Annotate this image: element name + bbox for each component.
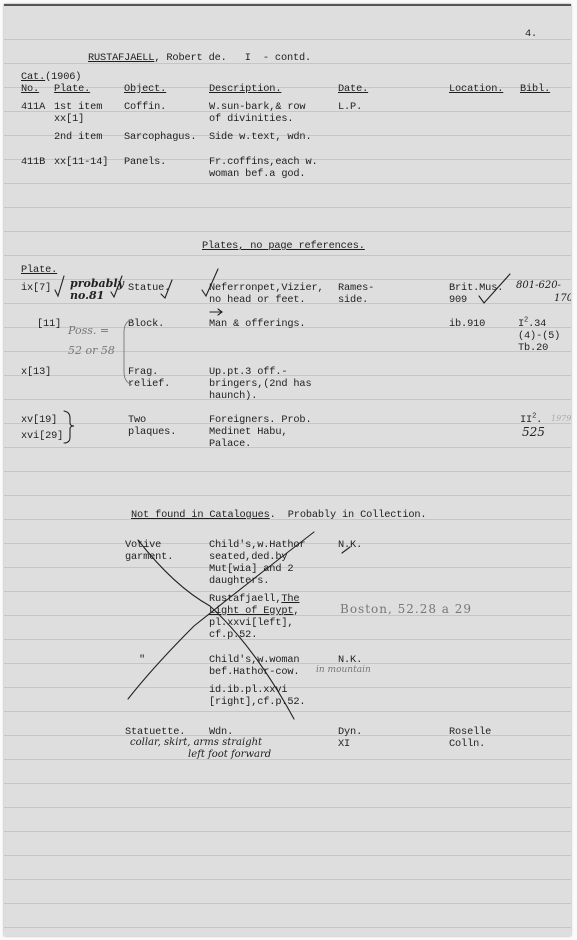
row-description: Man & offerings. bbox=[209, 318, 305, 330]
row-description: Child's,w.woman bbox=[209, 654, 299, 666]
row-description: Medinet Habu, bbox=[209, 426, 287, 438]
row-description: Rustafjaell,The bbox=[209, 593, 299, 605]
pencil-note: 1979 bbox=[551, 414, 571, 423]
row-date: N.K. bbox=[338, 539, 362, 551]
row-object: Frag. bbox=[128, 366, 158, 378]
row-no: 411A bbox=[21, 101, 45, 113]
handwritten-bibl: 170 bbox=[554, 293, 571, 304]
catalogue-label: Cat.(1906) bbox=[21, 71, 81, 83]
row-plate: xx[1] bbox=[54, 113, 84, 125]
handwritten-note: left foot forward bbox=[188, 749, 271, 760]
row-description: bringers,(2nd has bbox=[209, 378, 312, 390]
row-bibl: I2.34 bbox=[518, 318, 546, 330]
document-header: RUSTAFJAELL, Robert de. I - contd. bbox=[88, 52, 311, 64]
row-description: cf.p.52. bbox=[209, 629, 257, 641]
row-date: side. bbox=[338, 294, 368, 306]
row-bibl: Tb.20 bbox=[518, 342, 548, 354]
row-description: W.sun-bark,& row bbox=[209, 101, 305, 113]
row-date: Dyn. bbox=[338, 726, 362, 738]
page-number: 4. bbox=[525, 28, 537, 40]
row-location: Roselle bbox=[449, 726, 491, 738]
row-description: of divinities. bbox=[209, 113, 293, 125]
header-name: RUSTAFJAELL bbox=[88, 52, 154, 64]
row-description: pl.xxvi[left], bbox=[209, 617, 293, 629]
row-description: woman bef.a god. bbox=[209, 168, 305, 180]
row-date: Rames- bbox=[338, 282, 374, 294]
row-object: Two bbox=[128, 414, 146, 426]
row-plate: xvi[29] bbox=[21, 430, 63, 442]
row-description: no head or feet. bbox=[209, 294, 305, 306]
row-description: bef.Hathor-cow. bbox=[209, 666, 299, 678]
row-object: garment. bbox=[125, 551, 173, 563]
row-object: Block. bbox=[128, 318, 164, 330]
row-description: Neferronpet,Vizier, bbox=[209, 282, 324, 294]
col-description: Description. bbox=[209, 83, 281, 95]
handwritten-note: Boston, 52.28 a 29 bbox=[340, 602, 472, 616]
row-object: Panels. bbox=[124, 156, 166, 168]
row-date: XI bbox=[338, 738, 350, 750]
row-description: Palace. bbox=[209, 438, 251, 450]
row-description: daughters. bbox=[209, 575, 269, 587]
row-no: 411B bbox=[21, 156, 45, 168]
col-bibl: Bibl. bbox=[520, 83, 550, 95]
document-page: 4. RUSTAFJAELL, Robert de. I - contd. Ca… bbox=[4, 4, 571, 936]
row-date: L.P. bbox=[338, 101, 362, 113]
checkmark-icon bbox=[55, 276, 64, 296]
row-plate: [11] bbox=[37, 318, 61, 330]
row-plate: xv[19] bbox=[21, 414, 57, 426]
handwritten-note: collar, skirt, arms straight bbox=[130, 737, 262, 748]
arrow-icon bbox=[210, 309, 222, 315]
row-location: ib.910 bbox=[449, 318, 485, 330]
row-description: Mut[wia] and 2 bbox=[209, 563, 293, 575]
col-object: Object. bbox=[124, 83, 166, 95]
row-plate: ix[7] bbox=[21, 282, 51, 294]
row-location: 909 bbox=[449, 294, 467, 306]
handwritten-note: in mountain bbox=[316, 665, 371, 675]
row-description: Side w.text, wdn. bbox=[209, 131, 312, 143]
not-found-section-title: Not found in Catalogues. Probably in Col… bbox=[131, 509, 426, 521]
row-plate: 1st item bbox=[54, 101, 102, 113]
row-object: " bbox=[139, 654, 145, 666]
row-plate: xx[11-14] bbox=[54, 156, 108, 168]
handwritten-bibl: 525 bbox=[522, 425, 545, 439]
row-plate: 2nd item bbox=[54, 131, 102, 143]
brace-icon bbox=[64, 411, 74, 443]
row-location: Colln. bbox=[449, 738, 485, 750]
row-description: seated,ded.by bbox=[209, 551, 287, 563]
row-description: Foreigners. Prob. bbox=[209, 414, 312, 426]
handwritten-note: probablyno.81 bbox=[70, 278, 124, 302]
row-description: haunch). bbox=[209, 390, 257, 402]
row-object: Sarcophagus. bbox=[124, 131, 196, 143]
row-object: Coffin. bbox=[124, 101, 166, 113]
header-rest: , Robert de. I - contd. bbox=[154, 52, 311, 64]
row-object: plaques. bbox=[128, 426, 176, 438]
handwritten-note: Poss. =52 or 58 bbox=[68, 321, 115, 361]
row-bibl: (4)-(5) bbox=[518, 330, 560, 342]
handwritten-bibl: 801-620- bbox=[516, 280, 561, 291]
col-date: Date. bbox=[338, 83, 368, 95]
col-plate: Plate. bbox=[54, 83, 90, 95]
col-no: No. bbox=[21, 83, 39, 95]
row-object: Votive bbox=[125, 539, 161, 551]
pen-marks bbox=[4, 6, 571, 936]
row-location: Brit.Mus. bbox=[449, 282, 503, 294]
row-plate: x[13] bbox=[21, 366, 51, 378]
plates-section-title: Plates, no page references. bbox=[202, 240, 365, 252]
row-description: Up.pt.3 off.- bbox=[209, 366, 287, 378]
plate-label: Plate. bbox=[21, 264, 57, 276]
row-description: [right],cf.p.52. bbox=[209, 696, 305, 708]
row-description: Child's,w.Hathor bbox=[209, 539, 305, 551]
row-description: Light of Egypt, bbox=[209, 605, 299, 617]
col-location: Location. bbox=[449, 83, 503, 95]
row-description: id.ib.pl.xxvi bbox=[209, 684, 287, 696]
row-object: relief. bbox=[128, 378, 170, 390]
row-description: Fr.coffins,each w. bbox=[209, 156, 318, 168]
row-object: Statue. bbox=[128, 282, 170, 294]
